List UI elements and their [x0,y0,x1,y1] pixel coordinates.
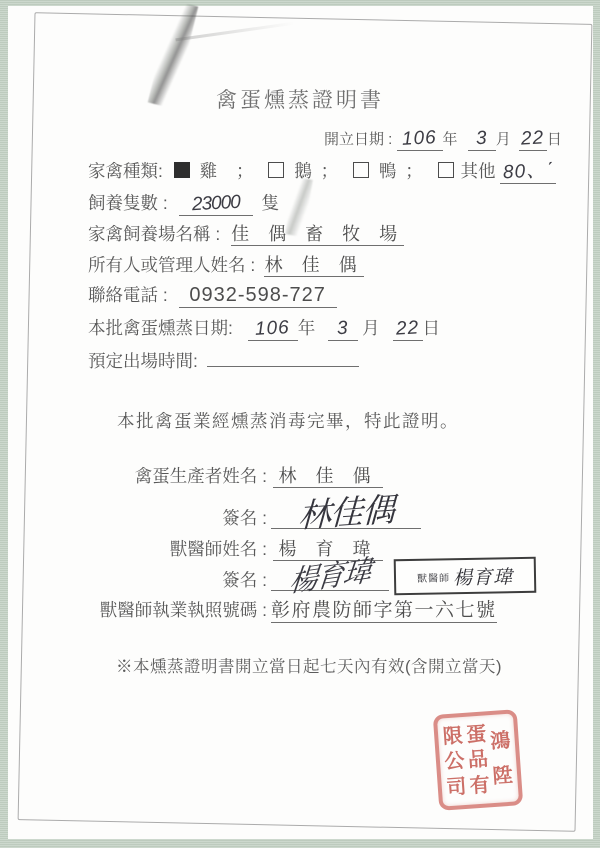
owner-name-label: 所有人或管理人姓名 : [88,255,255,275]
producer-signature-row: 簽名 : 林佳偶 [82,498,421,530]
vet-signature-field: 楊育瑋 [271,564,389,591]
issue-date-label: 開立日期 : [324,131,392,148]
fumigation-month-field: 3 [328,318,358,341]
certificate-title: 禽蛋燻蒸證明書 [0,84,600,114]
phone-row: 聯絡電話 : 0932-598-727 [88,282,337,308]
option-duck: 鴨 [379,161,397,181]
flock-count-unit: 隻 [261,193,279,213]
seal-column-middle: 蛋 品 有 [465,718,491,801]
vet-stamp-name: 楊育瑋 [453,562,513,590]
producer-name-row: 禽蛋生產者姓名 : 林 佳 偶 [82,463,383,488]
flock-count-label: 飼養隻數 : [88,193,168,213]
validity-note: ※本燻蒸證明書開立當日起七天內有效(含開立當天) [116,653,502,677]
fumigation-day-field: 22 [393,318,423,341]
issue-date-month-field: 3 [468,128,496,151]
seal-column-left: 限 公 司 [442,720,468,803]
vet-license-label: 獸醫師執業執照號碼 : [82,597,267,622]
departure-time-field [207,346,359,367]
farm-name-label: 家禽飼養場名稱 : [88,224,220,244]
vet-signature-row: 簽名 : 楊育瑋 [82,564,389,592]
company-seal: 限 公 司 蛋 品 有 鴻 陞 [433,709,523,811]
issue-date-year-field: 106 [397,128,443,151]
option-goose: 鵝 [294,161,312,181]
vet-license-field: 彰府農防師字第一六七號 [271,600,497,623]
producer-signature-label: 簽名 : [82,505,267,530]
vet-signature-handwriting: 楊育瑋 [288,558,371,596]
producer-name-field: 林 佳 偶 [273,466,383,488]
departure-time-label: 預定出場時間: [88,351,198,371]
poultry-type-label: 家禽種類: [88,161,163,181]
vet-name-row: 獸醫師姓名 : 楊 育 瑋 [82,536,383,561]
farm-name-row: 家禽飼養場名稱 : 佳 偶 畜 牧 場 [88,221,404,246]
owner-name-row: 所有人或管理人姓名 : 林 佳 偶 [88,252,364,277]
other-value-field: 80、ˊ [500,161,556,184]
vet-name-stamp: 獸醫師 楊育瑋 [394,557,537,595]
checkbox-duck [353,162,369,178]
flock-count-field: 23000 [179,193,253,216]
checkbox-other [438,162,454,178]
flock-count-row: 飼養隻數 : 23000 隻 [88,190,279,216]
issue-date-day-field: 22 [519,128,547,151]
fumigation-year-field: 106 [248,318,298,341]
seal-column-right: 鴻 陞 [489,717,515,800]
option-chicken: 雞 [200,161,218,181]
farm-name-field: 佳 偶 畜 牧 場 [231,224,404,246]
producer-name-label: 禽蛋生產者姓名 : [82,463,267,488]
vet-stamp-title: 獸醫師 [417,569,450,585]
checkbox-chicken-checked [174,162,190,178]
producer-signature-field: 林佳偶 [271,498,421,529]
vet-license-row: 獸醫師執業執照號碼 : 彰府農防師字第一六七號 [82,597,497,623]
phone-field: 0932-598-727 [179,284,337,308]
vet-name-label: 獸醫師姓名 : [82,536,267,561]
vet-signature-label: 簽名 : [82,567,267,592]
fumigation-date-row: 本批禽蛋燻蒸日期: 106年 3月 22日 [88,315,440,341]
owner-name-field: 林 佳 偶 [264,255,364,277]
checkbox-goose [268,162,284,178]
issue-date-row: 開立日期 : 106年 3月 22日 [324,128,562,151]
phone-label: 聯絡電話 : [88,285,168,305]
certification-statement: 本批禽蛋業經燻蒸消毒完畢，特此證明。 [117,408,459,433]
fumigation-date-label: 本批禽蛋燻蒸日期: [88,318,233,338]
producer-signature-handwriting: 林佳偶 [298,495,395,532]
poultry-type-row: 家禽種類: 雞 ； 鵝 ； 鴨 ； 其他 80、ˊ [88,158,556,184]
option-other: 其他 [461,161,496,181]
departure-time-row: 預定出場時間: [88,346,359,373]
